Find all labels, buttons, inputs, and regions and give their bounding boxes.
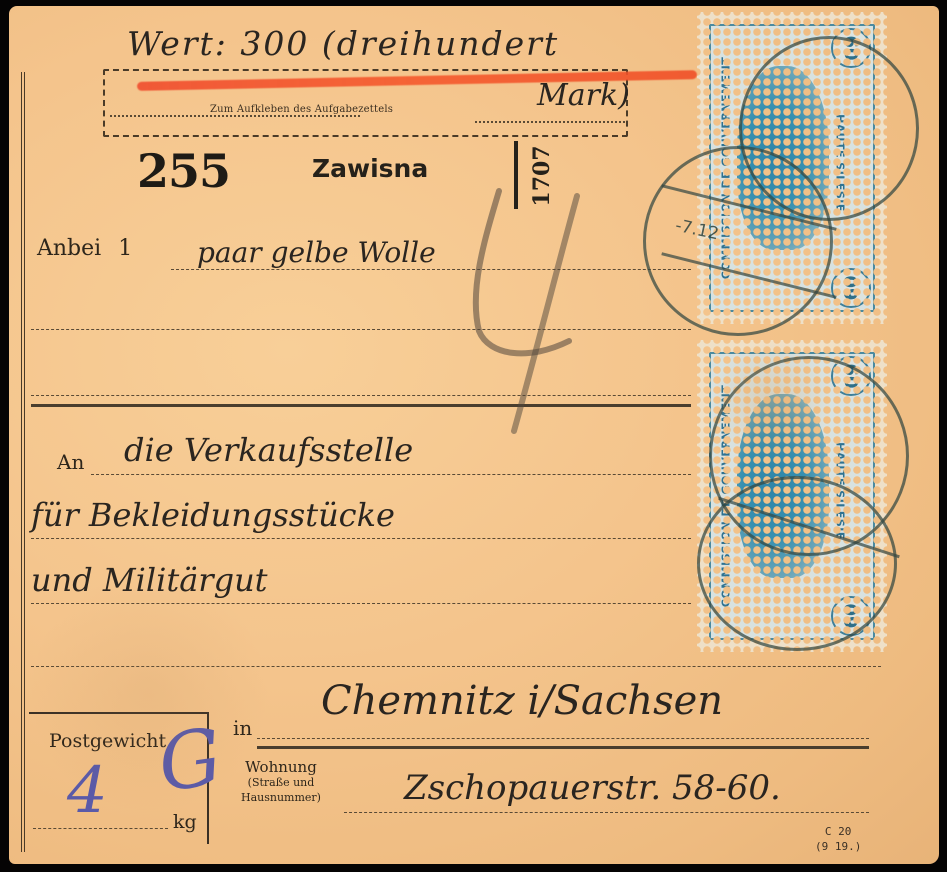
stamp-denomination-bottom: 60 <box>831 596 871 636</box>
registration-code: 1707 <box>527 138 557 213</box>
stamp-issuer-right: HAUTE SILESIE <box>834 442 847 540</box>
contents-label-text: Anbei <box>37 236 101 261</box>
stamp-vignette <box>737 394 829 578</box>
form-code: C 20 (9 19.) <box>815 824 861 854</box>
city-label: in <box>233 716 252 740</box>
addressee-line-3: und Militärgut <box>31 561 268 599</box>
contents-label: Anbei 1 <box>37 236 132 261</box>
addressee-prefix: An <box>57 450 84 474</box>
stamp-denomination-bottom: 60 <box>831 268 871 308</box>
addressee-line-1: die Verkaufsstelle <box>124 431 413 469</box>
post-office-name: Zawisna <box>312 154 428 183</box>
weight-unit: kg <box>173 811 197 833</box>
weight-label: Postgewicht <box>49 730 166 752</box>
street-label-2: (Straße und <box>241 775 321 790</box>
dotted-rule <box>475 121 625 123</box>
contents-count: 1 <box>118 236 132 261</box>
stamp-denomination-top: 60 <box>831 28 871 68</box>
stamp-issuer-band: COMMISSION DE GOUVERNEMENT <box>715 364 737 628</box>
addressee-line-2: für Bekleidungsstücke <box>31 496 395 534</box>
dotted-rule <box>110 115 360 117</box>
dotted-line <box>91 474 691 475</box>
city-rule <box>257 746 869 749</box>
left-border-rule <box>21 72 25 852</box>
stamp-issuer-band: COMMISSION DE GOUVERNEMENT <box>715 36 737 300</box>
dotted-line <box>31 395 691 396</box>
stamp-issuer-right: HAUTE SILESIE <box>834 114 847 212</box>
contents-description: paar gelbe Wolle <box>197 236 436 269</box>
stamp-region-band: HAUTE SILESIE <box>829 414 851 568</box>
stamp-denomination-top: 60 <box>831 356 871 396</box>
addressee-city: Chemnitz i/Sachsen <box>321 678 723 724</box>
stamp-frame: COMMISSION DE GOUVERNEMENT HAUTE SILESIE… <box>709 352 875 640</box>
street-label-3: Hausnummer) <box>241 790 321 805</box>
city-dotted-line <box>257 738 869 739</box>
stamp-frame: COMMISSION DE GOUVERNEMENT HAUTE SILESIE… <box>709 24 875 312</box>
dotted-line <box>31 666 881 667</box>
contents-dotted-line <box>171 269 691 270</box>
section-rule <box>31 404 691 407</box>
registration-code-text: 1707 <box>529 145 555 206</box>
declared-value: Wert: 300 (dreihundert <box>127 24 559 63</box>
street-label: Wohnung (Straße und Hausnummer) <box>241 760 321 805</box>
parcel-number: 255 <box>137 144 230 198</box>
dotted-line <box>31 538 691 539</box>
form-code-line-1: C 20 <box>815 824 861 839</box>
label-caption: Zum Aufkleben des Aufgabezettels <box>210 104 393 115</box>
weight-dotted-line <box>33 828 168 829</box>
parcel-card: Zum Aufkleben des Aufgabezettels Wert: 3… <box>9 6 939 864</box>
stamp-vignette <box>737 66 829 250</box>
label-divider <box>514 141 518 209</box>
declared-value-continued: Mark) <box>537 78 630 113</box>
addressee-street: Zschopauerstr. 58-60. <box>404 768 781 808</box>
stamp-issuer-left: COMMISSION DE GOUVERNEMENT <box>720 385 733 607</box>
postage-stamp-1: COMMISSION DE GOUVERNEMENT HAUTE SILESIE… <box>697 12 887 324</box>
stamp-issuer-left: COMMISSION DE GOUVERNEMENT <box>720 57 733 279</box>
postage-stamp-2: COMMISSION DE GOUVERNEMENT HAUTE SILESIE… <box>697 340 887 652</box>
pencil-mark-4 <box>459 181 599 441</box>
dotted-line <box>31 329 691 330</box>
street-label-1: Wohnung <box>241 760 321 775</box>
weight-value: 4 <box>67 754 108 828</box>
dotted-line <box>31 603 691 604</box>
form-code-line-2: (9 19.) <box>815 839 861 854</box>
weight-initials: G <box>153 712 227 810</box>
street-dotted-line <box>344 812 869 813</box>
stamp-region-band: HAUTE SILESIE <box>829 86 851 240</box>
